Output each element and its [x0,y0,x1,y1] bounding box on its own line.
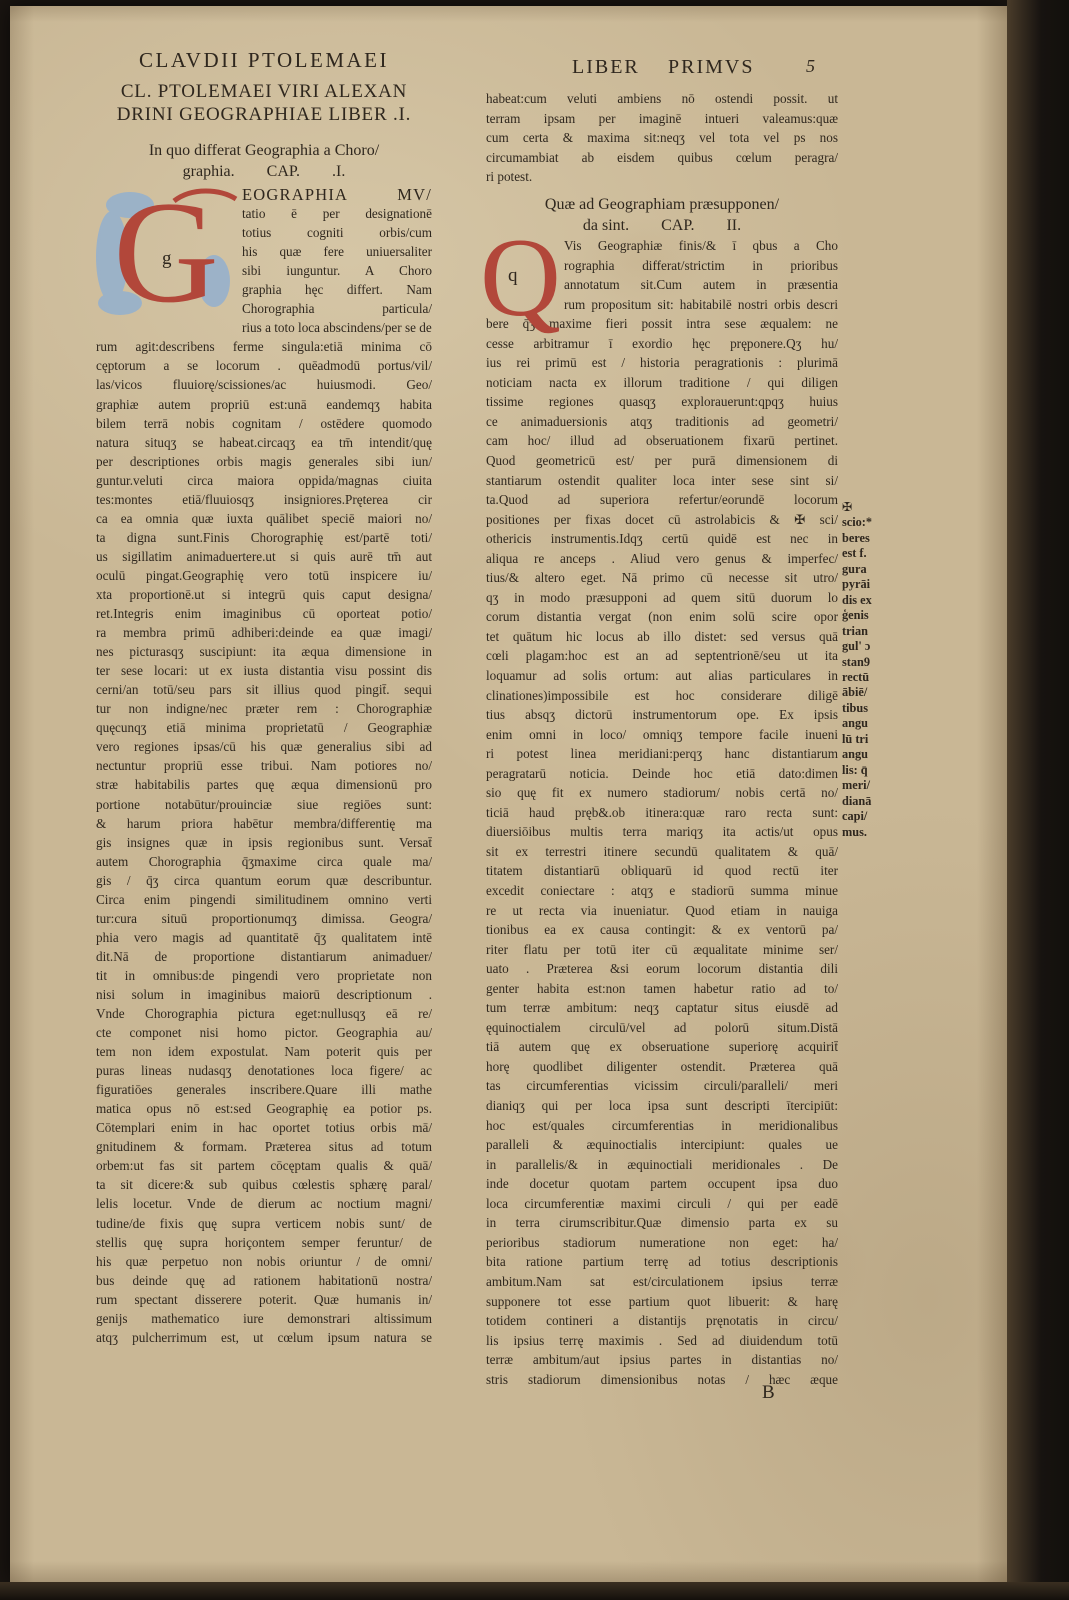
text-line: uato . Præterea &si eorum locorum distan… [486,959,838,979]
text-line: graphia. CAP. .I. [96,161,432,182]
text-line: ✠ [842,500,906,515]
text-line: ticiā haud pręb&.ob itinera:quæ raro rec… [486,803,838,823]
text-line: tas circumferentias vicissim circuli/par… [486,1076,838,1096]
text-line: his quæ perpetuo non nobis oriuntur / de… [96,1252,432,1271]
text-line: tibus [842,701,906,716]
text-line: genijs mathematico iure demonstrari alti… [96,1309,432,1328]
marginal-gloss: ✠scio:*beresest f.gurapyrāidis exģenistr… [842,500,906,840]
text-line: atqʒ pulcherrimum est, ut cœlum ipsum na… [96,1328,432,1347]
text-line: Quod geometricū est/ per purā dimensione… [486,451,838,471]
text-line: lū tri [842,732,906,747]
text-line: tur:cura situū proportionumqʒ dimissa. G… [96,909,432,928]
text-line: angu [842,716,906,731]
text-line: nes picturasqʒ suscipiunt: ita æqua dime… [96,642,432,661]
text-line: tem non idem expostulat. Nam poterit qui… [96,1042,432,1061]
guide-letter-q: q [508,266,518,285]
text-line: stris stadiorum dimensionibus notas / hæ… [486,1370,838,1390]
text-line: othericis instrumentis.Idqʒ certū quidē … [486,529,838,549]
text-line: tatio ē per designationē [242,204,432,223]
text-line: bus deinde quę ad rationem habitationū n… [96,1271,432,1290]
text-line: tit in omnibus:de pingendi vero propriet… [96,966,432,985]
text-line: excedit coniectare : atqʒ e stadiorū sum… [486,881,838,901]
text-line: totidem contineri a distantijs pręnotati… [486,1311,838,1331]
text-line: lis: q̄ [842,763,906,778]
text-line: tionibus ea ex causa contingit: & ex ven… [486,920,838,940]
text-line: in terra cirumscribitur.Quæ dimensio par… [486,1213,838,1233]
text-line: puras lineas nudasqʒ denotationes loca f… [96,1061,432,1080]
text-line: perioribus stadiorum numeratione non ege… [486,1233,838,1253]
text-line: positiones per fixas docet cū astrolabic… [486,510,838,530]
text-line: trian [842,624,906,639]
text-line: cte componet nisi homo pictor. Geographi… [96,1023,432,1042]
text-line: horę quodlibet diligenter ostendit. Præt… [486,1057,838,1077]
text-line: & harum priora habētur membra/differenti… [96,814,432,833]
text-line: ta sit dicere:& sub quibus cœlestis sphæ… [96,1175,432,1194]
text-line: ri potest linea meridiani:perqʒ hanc dis… [486,744,838,764]
text-line: gnitudinem & formam. Præterea situs ad t… [96,1137,432,1156]
text-line: habeat:cum veluti ambiens nō ostendi pos… [486,89,838,109]
text-line: ca ea omnia quæ iuxta quālibet speciē ma… [96,509,432,528]
text-line: rius a toto loca abscindens/per se de qu… [242,318,432,337]
text-line: graphia hęc differt. Nam [242,280,432,299]
text-line: In quo differat Geographia a Choro/ [96,140,432,161]
text-line: ābiē/ [842,685,906,700]
text-line: ri potest. [486,167,838,187]
text-line: in parallelis/& in æquinoctiali meridion… [486,1155,838,1175]
text-line: his quæ fere uniuersaliter [242,242,432,261]
text-line: ta digna sunt.Finis Chorographię est/par… [96,528,432,547]
text-line: Vis Geographiæ finis/& ī qbus a Cho [564,236,838,256]
text-line: cęptorum a se locorum . quēadmodū portus… [96,356,432,375]
text-line: Circa enim pingendi similitudinem omnino… [96,890,432,909]
text-line: tet quātum hic locus ab illo distet: sed… [486,627,838,647]
text-line: peragratarū noticia. Deinde hoc etiā dat… [486,764,838,784]
guide-letter-g: g [162,249,172,268]
book-edge-bottom [0,1582,1069,1600]
text-line: orbem:ut fas sit partem cōcęptam qualis … [96,1156,432,1175]
text-line: rum spectant disserere poterit. Quæ huma… [96,1290,432,1309]
text-line: ius rei primū est / historia peragration… [486,353,838,373]
text-line: Chorographia particula/ [242,299,432,318]
text-line: ret.Integris enim imaginibus cū oporteat… [96,604,432,623]
text-line: natura situqʒ se habeat.circaqʒ ea tm̄ i… [96,433,432,452]
text-line: mus. [842,825,906,840]
signature-mark: B [762,1382,775,1404]
text-line: loca circumferentiæ maximi circuli / qui… [486,1194,838,1214]
text-line: cam hoc/ illud ad obseruationem fixarū p… [486,431,838,451]
text-line: figuratiōes generales inscribere.Quare i… [96,1080,432,1099]
text-line: meri/ [842,778,906,793]
text-line: corum distantia vergat (non enim solū sc… [486,607,838,627]
text-line: EOGRAPHIA MV/ [242,185,432,204]
text-line: loquamur ad solis ortum: aut alias parti… [486,666,838,686]
text-line: lelis locetur. Vnde de dierum ac noctium… [96,1194,432,1213]
text-line: vero regiones ipsas/cū his quæ generaliu… [96,737,432,756]
text-line: qʒ in modo præsupponi ad quem sitū duoru… [486,588,838,608]
text-line: stantiarum ostendit qualiter loca inter … [486,471,838,491]
text-line: stan9 [842,655,906,670]
text-line: tius absqʒ dictorū instrumentorum ope. E… [486,705,838,725]
right-text-column: LIBER PRIMVS 5 habeat:cum veluti ambiens… [486,56,838,1389]
text-line: ambitum.Nam sat est/circulationem ipsius… [486,1272,838,1292]
chapter-1-paragraph: G g EOGRAPHIA MV/tatio ē per designation… [96,185,432,1347]
text-line: genter habita est:non tamen habetur rati… [486,979,838,999]
text-line: xta proportionē.ut si integrū quis caput… [96,585,432,604]
text-line: ter sese locari: ut ex iusta distantia v… [96,661,432,680]
text-line: ęquinoctialem circulū/vel ad polorū situ… [486,1018,838,1038]
text-line: Cōtemplari enim in hac oportet totius or… [96,1118,432,1137]
chapter-1-heading: In quo differat Geographia a Choro/graph… [96,140,432,182]
text-line: rographia differat/strictim in prioribus [564,256,838,276]
text-line: gis / q̄ʒ circa quantum eorum quæ descri… [96,871,432,890]
text-line: ce animaduersionis atqʒ traditionis ad g… [486,412,838,432]
text-line: lis ipsius terrę maximis . Sed ad diuide… [486,1331,838,1351]
text-line: rectū [842,670,906,685]
text-line: DRINI GEOGRAPHIAE LIBER .I. [96,103,432,126]
text-line: gul' ɔ [842,639,906,654]
text-line: angu [842,747,906,762]
text-line: enim omni in loco/ omniqʒ tempore facile… [486,725,838,745]
text-line: rum agit:describens ferme singula:etiā m… [96,337,432,356]
text-line: hoc est/quales circumferentias in meridi… [486,1116,838,1136]
text-line: las/vicos fluuiorę/scissiones/ac huiusmo… [96,375,432,394]
text-line: ra membra primū adhiberi:deinde ea quæ i… [96,623,432,642]
text-line: supponere tot esse partium quot libuerit… [486,1292,838,1312]
text-line: bita ratione partium terrę ad totius des… [486,1252,838,1272]
text-line: terræ ambitum/aut ipsius partes in dista… [486,1350,838,1370]
text-line: Quæ ad Geographiam præsupponen/ [486,194,838,215]
text-line: tissime regiones quasqʒ explorauerunt:qp… [486,392,838,412]
text-line: phia vero magis ad quantitatē q̄ʒ qualit… [96,928,432,947]
text-line: circumambiat ab eisdem quibus cœlum pera… [486,148,838,168]
text-line: beres [842,531,906,546]
book-title: CL. PTOLEMAEI VIRI ALEXANDRINI GEOGRAPHI… [96,80,432,126]
drop-cap-Q: Q q [486,236,564,295]
text-line: annotatum sit.Cum autem in præsentia [564,275,838,295]
text-line: pyrāi [842,577,906,592]
text-line: quęcunqʒ etiā minima proprietatū / Geogr… [96,718,432,737]
text-line: titatem distantiarū obliquarū id quod re… [486,861,838,881]
text-line: cerni/an totū/seu pars sit illius quod p… [96,680,432,699]
text-line: tiā autem quę ex obseruatione superiorę … [486,1037,838,1057]
book-edge-right [1007,0,1069,1600]
text-line: inde docetur quotam partem occupent ipsa… [486,1174,838,1194]
text-line: ta.Quod ad superiora refertur/eorundē lo… [486,490,838,510]
text-line: nisi solum in imaginibus maiorū descript… [96,985,432,1004]
text-line: stræ habitabilis partes quę æqua dimensi… [96,775,432,794]
text-line: per descriptiones orbis magis generales … [96,452,432,471]
text-line: stellis quę supra horiçontem semper feru… [96,1233,432,1252]
text-line: terram ipsam per imaginē intueri valeamu… [486,109,838,129]
text-line: tum terræ ambitum: neqʒ captatur situs e… [486,998,838,1018]
text-line: us sigillatim animaduertere.ut si quis a… [96,547,432,566]
text-line: diuersiōibus multis terra mariqʒ ita act… [486,822,838,842]
folio-number: 5 [806,56,815,77]
text-line: guntur.veluti circa maiora oppida/magnas… [96,471,432,490]
initial-letter-Q: Q [480,222,561,334]
text-line: ģenis [842,608,906,623]
text-line: autem Chorographia q̄ʒmaxime circa quale… [96,852,432,871]
text-line: sio quę fit ex numero stadiorum/ nobis c… [486,783,838,803]
text-line: re ut recta via inueniatur. Quod etiam i… [486,901,838,921]
text-line: gura [842,562,906,577]
text-line: aliqua re anceps . Aliud vero genus & im… [486,549,838,569]
text-line: sibi iunguntur. A Choro [242,261,432,280]
text-line: Vnde Chorographia pictura eget:nullusqʒ … [96,1004,432,1023]
left-text-column: CLAVDII PTOLEMAEI CL. PTOLEMAEI VIRI ALE… [96,48,432,1347]
text-line: bilem terrā nobis cognitam / ostēdere qu… [96,414,432,433]
chapter-1-paragraph-continued: habeat:cum veluti ambiens nō ostendi pos… [486,89,838,187]
text-line: paralleli & æquinoctialis intercipiunt: … [486,1135,838,1155]
text-line: totius cogniti orbis/cum [242,223,432,242]
text-line: tur non indigne/nec præter rem : Chorogr… [96,699,432,718]
text-line: scio:* [842,515,906,530]
text-line: clinationes)impossibile est hoc consider… [486,686,838,706]
text-line: nectuntur propriū esse tribui. Nam potio… [96,756,432,775]
running-title-right-page: LIBER PRIMVS 5 [486,56,838,78]
text-line: tius/& altero eget. Nā primo cū necesse … [486,568,838,588]
incunabulum-page-scan: CLAVDII PTOLEMAEI CL. PTOLEMAEI VIRI ALE… [0,0,1069,1600]
running-title-primvs: PRIMVS [668,56,754,79]
text-line: est f. [842,546,906,561]
text-line: riter flatu per totū iter cū æqualitate … [486,940,838,960]
text-line: tudine/de fixis quę supra verticem nobis… [96,1214,432,1233]
text-line: sit ex terrestri itinere secundū qualita… [486,842,838,862]
running-title-left-page: CLAVDII PTOLEMAEI [96,48,432,72]
running-title-liber: LIBER [572,56,640,79]
text-line: rum propositum sit: habitabilē nostri or… [564,295,838,315]
text-line: dis ex [842,593,906,608]
text-line: matica opus nō est:sed Geographię ea pot… [96,1099,432,1118]
text-line: dianā [842,794,906,809]
text-line: dianiqʒ qui per loca ipsa sunt descripti… [486,1096,838,1116]
text-line: dit.Nā de proportione distantiarum anima… [96,947,432,966]
text-line: noticiam nacta ex illorum traditione / q… [486,373,838,393]
text-line: gis insignes quæ in ipsis regionibus sun… [96,833,432,852]
text-line: cum certa & maxima sit:neqʒ vel tota vel… [486,128,838,148]
drop-cap-G: G g [96,185,242,319]
text-line: CL. PTOLEMAEI VIRI ALEXAN [96,80,432,103]
chapter-2-paragraph: Q q Vis Geographiæ finis/& ī qbus a Chor… [486,236,838,1389]
text-line: graphiæ autem propriū est:unā eandemqʒ h… [96,395,432,414]
text-line: capi/ [842,809,906,824]
text-line: cœli plagam:hoc est an ad septentrionē/s… [486,646,838,666]
text-line: portione notabūtur/prouinciæ siue regiōe… [96,795,432,814]
text-line: oculū pingat.Geographię vero totū inspic… [96,566,432,585]
text-line: tes:montes etiā/fluuiosqʒ insigniores.Pr… [96,490,432,509]
